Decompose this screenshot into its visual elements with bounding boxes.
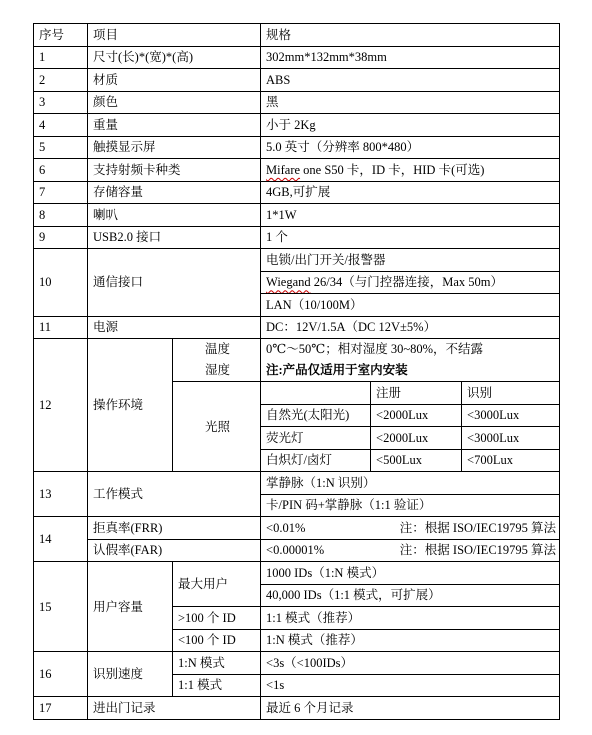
light-header-source	[261, 382, 371, 405]
light-header-register: 注册	[371, 382, 462, 405]
row-10-item: 通信接口	[88, 249, 261, 317]
row-16-sub-1n: 1:N 模式	[173, 652, 261, 675]
row-14-item-frr: 拒真率(FRR)	[88, 517, 261, 540]
row-1-item: 尺寸(长)*(宽)*(高)	[88, 46, 261, 69]
row-13-spec-1: 掌静脉（1:N 识别）	[261, 472, 560, 495]
row-14-sub-2: 认假率(FAR) <0.00001% 注：根据 ISO/IEC19795 算法	[34, 539, 560, 562]
row-9: 9 USB2.0 接口 1 个	[34, 226, 560, 249]
indoor-note-text: 注:产品仅适用于室内安装	[266, 360, 556, 381]
row-6-item: 支持射频卡种类	[88, 159, 261, 182]
row-8: 8 喇叭 1*1W	[34, 204, 560, 227]
temp-label: 温度	[178, 339, 257, 360]
row-10-no: 10	[34, 249, 88, 317]
row-3-no: 3	[34, 91, 88, 114]
header-item: 项目	[88, 24, 261, 47]
light-source: 自然光(太阳光)	[261, 404, 371, 427]
row-11-no: 11	[34, 316, 88, 339]
row-1: 1 尺寸(长)*(宽)*(高) 302mm*132mm*38mm	[34, 46, 560, 69]
light-recognize-limit: <3000Lux	[462, 404, 560, 427]
row-16-spec-1n: <3s（<100IDs）	[261, 652, 560, 675]
row-15-spec-1n: 1000 IDs（1:N 模式）	[261, 562, 560, 585]
row-15-item: 用户容量	[88, 562, 173, 652]
row-10-spec-1: 电锁/出门开关/报警器	[261, 249, 560, 272]
row-13-item: 工作模式	[88, 472, 261, 517]
row-14-spec-frr: <0.01% 注：根据 ISO/IEC19795 算法	[261, 517, 560, 540]
row-15-sub-max-users: 最大用户	[173, 562, 261, 607]
row-5-no: 5	[34, 136, 88, 159]
row-17-spec: 最近 6 个月记录	[261, 697, 560, 720]
row-14-no: 14	[34, 517, 88, 562]
row-15: 15 用户容量 最大用户 1000 IDs（1:N 模式）	[34, 562, 560, 585]
row-10-spec-3: LAN（10/100M）	[261, 294, 560, 317]
humidity-label: 湿度	[178, 360, 257, 381]
row-12-light-label: 光照	[173, 382, 261, 472]
row-4-no: 4	[34, 114, 88, 137]
row-14-spec-far: <0.00001% 注：根据 ISO/IEC19795 算法	[261, 539, 560, 562]
document-page: 序号 项目 规格 1 尺寸(长)*(宽)*(高) 302mm*132mm*38m…	[0, 0, 592, 735]
row-16-item: 识别速度	[88, 652, 173, 697]
row-11-item: 电源	[88, 316, 261, 339]
row-6-spec: Mifare one S50 卡，ID 卡，HID 卡(可选)	[261, 159, 560, 182]
row-11: 11 电源 DC：12V/1.5A（DC 12V±5%）	[34, 316, 560, 339]
row-15-sub-lt100: <100 个 ID	[173, 629, 261, 652]
light-recognize-limit: <700Lux	[462, 449, 560, 472]
row-16-sub-11: 1:1 模式	[173, 674, 261, 697]
temp-range-text: 0℃～50℃；相对湿度 30~80%，不结露	[266, 339, 556, 360]
row-7-no: 7	[34, 181, 88, 204]
row-10-spec-2: Wiegand 26/34（与门控器连接，Max 50m）	[261, 271, 560, 294]
row-9-item: USB2.0 接口	[88, 226, 261, 249]
row-13-no: 13	[34, 472, 88, 517]
light-recognize-limit: <3000Lux	[462, 427, 560, 450]
row-17-item: 进出门记录	[88, 697, 261, 720]
row-2-spec: ABS	[261, 69, 560, 92]
row-15-no: 15	[34, 562, 88, 652]
row-10: 10 通信接口 电锁/出门开关/报警器	[34, 249, 560, 272]
row-3-spec: 黑	[261, 91, 560, 114]
row-6-spec-rest: one S50 卡，ID 卡，HID 卡(可选)	[300, 163, 484, 177]
row-15-spec-lt100: 1:N 模式（推荐）	[261, 629, 560, 652]
row-12-item: 操作环境	[88, 339, 173, 472]
row-16-spec-11: <1s	[261, 674, 560, 697]
row-12: 12 操作环境 温度 湿度 0℃～50℃；相对湿度 30~80%，不结露 注:产…	[34, 339, 560, 382]
light-register-limit: <2000Lux	[371, 404, 462, 427]
row-17: 17 进出门记录 最近 6 个月记录	[34, 697, 560, 720]
row-3-item: 颜色	[88, 91, 261, 114]
row-3: 3 颜色 黑	[34, 91, 560, 114]
frr-note: 注：根据 ISO/IEC19795 算法	[400, 518, 556, 538]
row-15-spec-11: 40,000 IDs（1:1 模式，可扩展）	[261, 584, 560, 607]
row-15-spec-gt100: 1:1 模式（推荐）	[261, 607, 560, 630]
row-13: 13 工作模式 掌静脉（1:N 识别）	[34, 472, 560, 495]
row-11-spec: DC：12V/1.5A（DC 12V±5%）	[261, 316, 560, 339]
row-15-sub-gt100: >100 个 ID	[173, 607, 261, 630]
row-1-no: 1	[34, 46, 88, 69]
light-source: 荧光灯	[261, 427, 371, 450]
row-5-item: 触摸显示屏	[88, 136, 261, 159]
row-7-spec: 4GB,可扩展	[261, 181, 560, 204]
row-7-item: 存储容量	[88, 181, 261, 204]
row-17-no: 17	[34, 697, 88, 720]
row-12-no: 12	[34, 339, 88, 472]
product-spec-table: 序号 项目 规格 1 尺寸(长)*(宽)*(高) 302mm*132mm*38m…	[33, 23, 560, 720]
light-register-limit: <2000Lux	[371, 427, 462, 450]
frr-value: <0.01%	[266, 518, 305, 538]
row-7: 7 存储容量 4GB,可扩展	[34, 181, 560, 204]
far-note: 注：根据 ISO/IEC19795 算法	[400, 540, 556, 560]
header-no: 序号	[34, 24, 88, 47]
row-4-item: 重量	[88, 114, 261, 137]
light-header-recognize: 识别	[462, 382, 560, 405]
row-5: 5 触摸显示屏 5.0 英寸（分辨率 800*480）	[34, 136, 560, 159]
row-4: 4 重量 小于 2Kg	[34, 114, 560, 137]
row-8-item: 喇叭	[88, 204, 261, 227]
row-12-temp-spec: 0℃～50℃；相对湿度 30~80%，不结露 注:产品仅适用于室内安装	[261, 339, 560, 382]
row-1-spec: 302mm*132mm*38mm	[261, 46, 560, 69]
row-8-spec: 1*1W	[261, 204, 560, 227]
row-16-no: 16	[34, 652, 88, 697]
row-5-spec: 5.0 英寸（分辨率 800*480）	[261, 136, 560, 159]
misspelled-word: Wiegand	[266, 275, 311, 289]
light-source: 白炽灯/卤灯	[261, 449, 371, 472]
header-spec: 规格	[261, 24, 560, 47]
row-4-spec: 小于 2Kg	[261, 114, 560, 137]
row-2-item: 材质	[88, 69, 261, 92]
row-12-temp-humidity-label: 温度 湿度	[173, 339, 261, 382]
row-9-no: 9	[34, 226, 88, 249]
row-14: 14 拒真率(FRR) <0.01% 注：根据 ISO/IEC19795 算法	[34, 517, 560, 540]
row-10-spec-2-rest: 26/34（与门控器连接，Max 50m）	[311, 275, 503, 289]
far-value: <0.00001%	[266, 540, 324, 560]
misspelled-word: Mifare	[266, 163, 300, 177]
header-row: 序号 项目 规格	[34, 24, 560, 47]
row-14-item-far: 认假率(FAR)	[88, 539, 261, 562]
row-8-no: 8	[34, 204, 88, 227]
row-13-spec-2: 卡/PIN 码+掌静脉（1:1 验证）	[261, 494, 560, 517]
row-6-no: 6	[34, 159, 88, 182]
row-6: 6 支持射频卡种类 Mifare one S50 卡，ID 卡，HID 卡(可选…	[34, 159, 560, 182]
light-register-limit: <500Lux	[371, 449, 462, 472]
row-2-no: 2	[34, 69, 88, 92]
row-9-spec: 1 个	[261, 226, 560, 249]
row-16: 16 识别速度 1:N 模式 <3s（<100IDs）	[34, 652, 560, 675]
row-2: 2 材质 ABS	[34, 69, 560, 92]
